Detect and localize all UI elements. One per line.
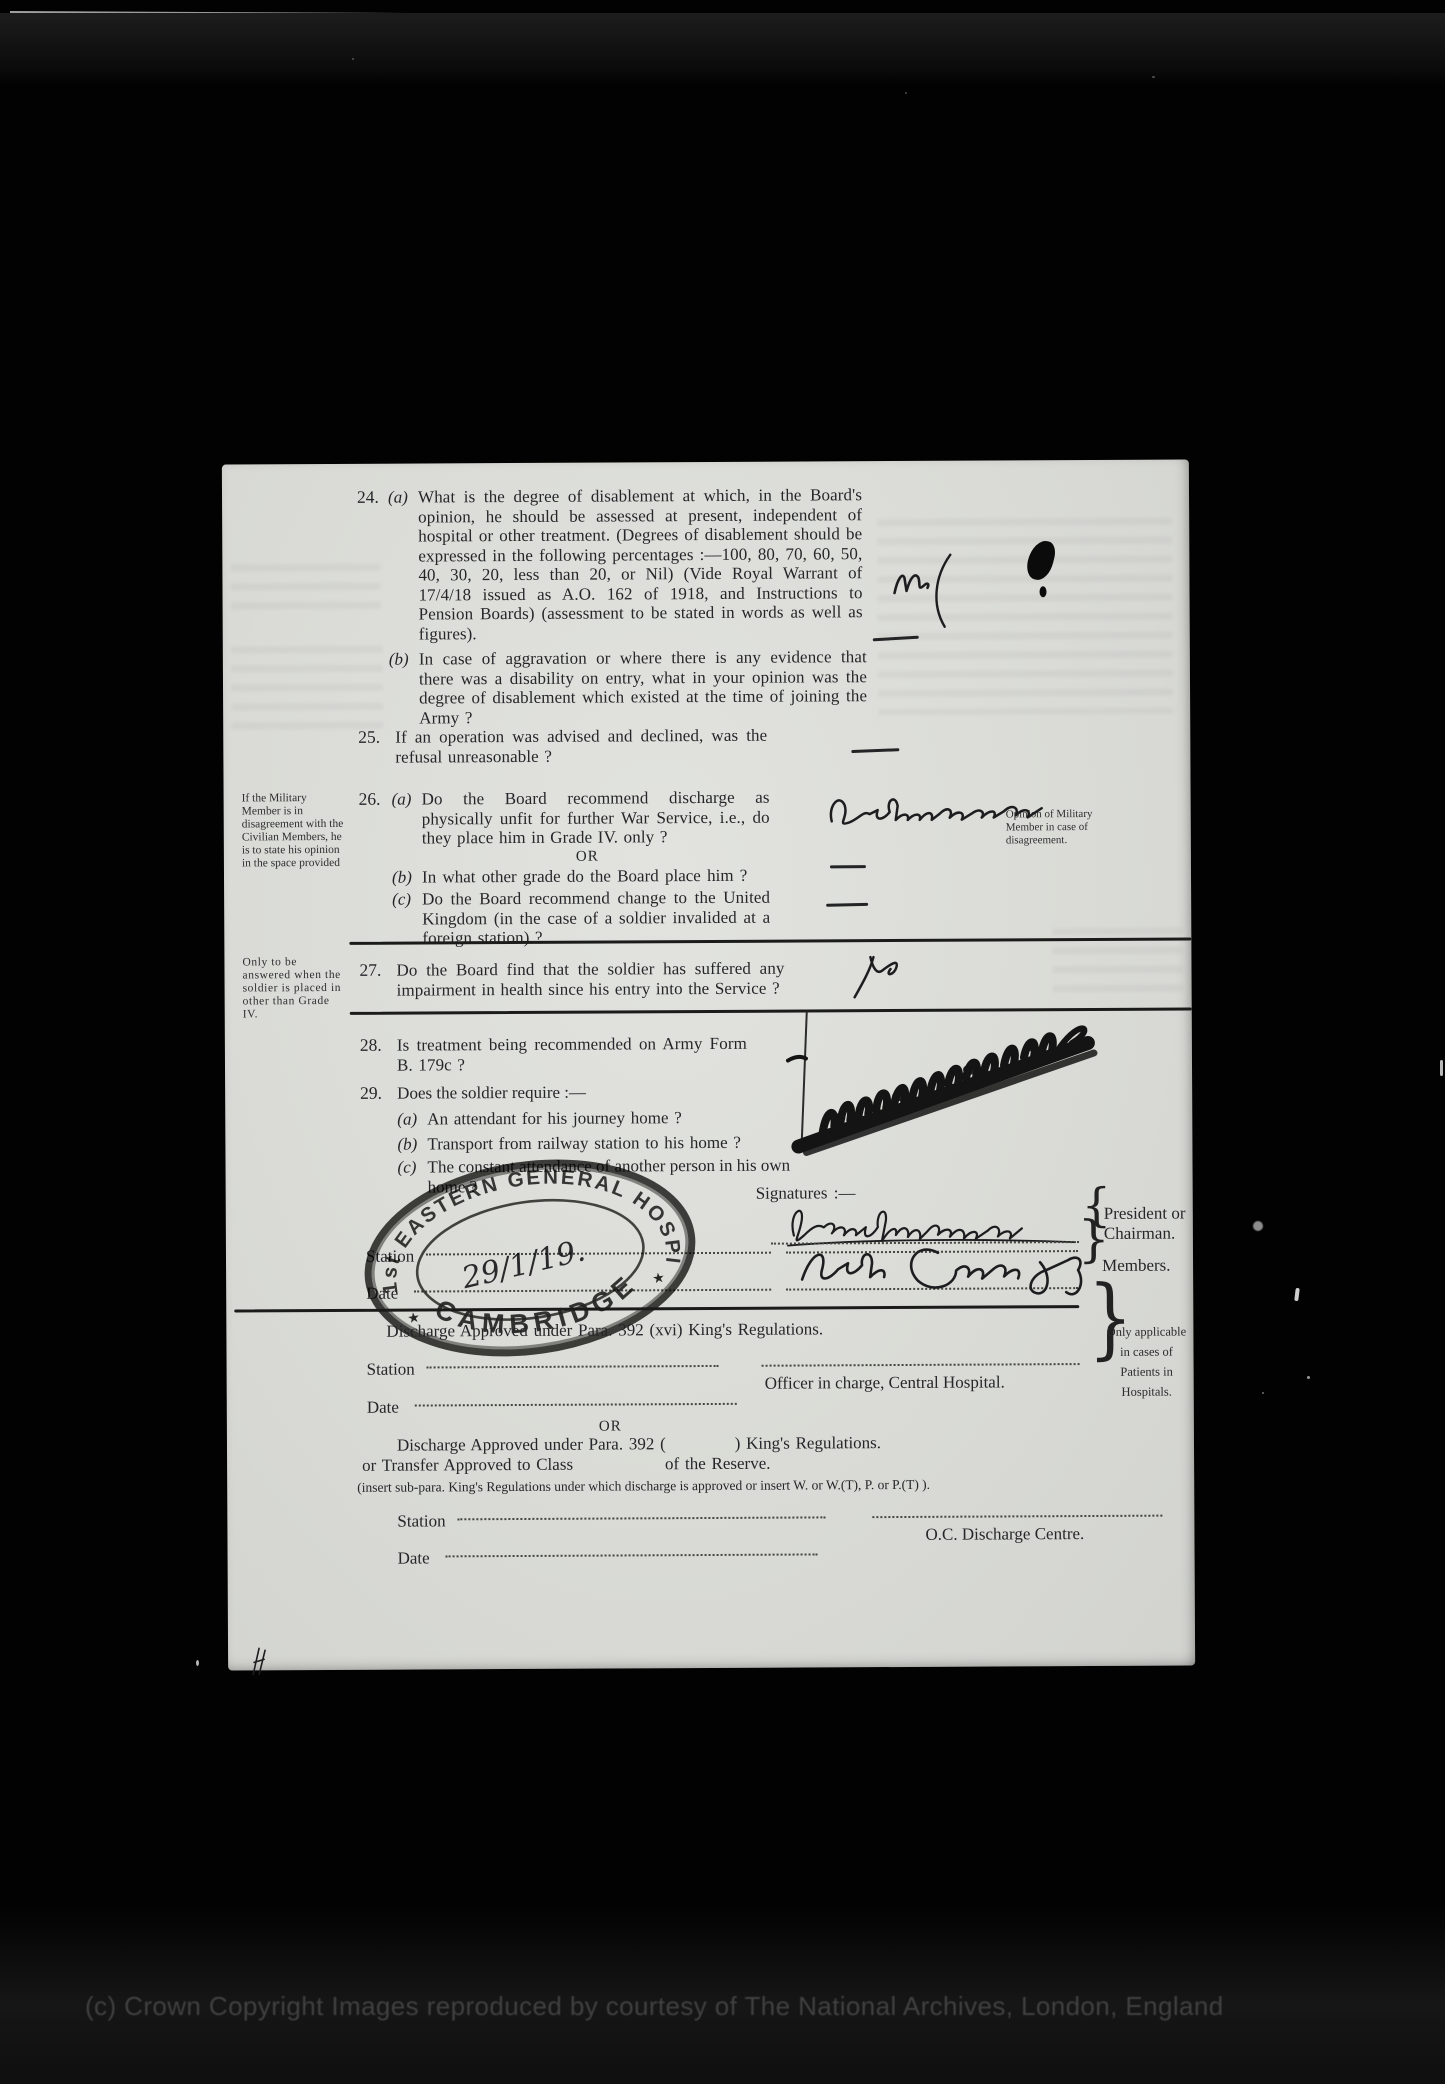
q25-answer-dash — [851, 748, 899, 753]
station-dotted-line-3 — [457, 1501, 825, 1520]
q25-question-text: If an operation was advised and declined… — [395, 726, 767, 767]
q27-margin-note: Only to be answered when the soldier is … — [242, 956, 344, 1022]
copyright-caption: (c) Crown Copyright Images reproduced by… — [85, 1991, 1405, 2022]
film-speck — [1262, 1392, 1264, 1394]
discharge2-line2: or Transfer Approved to Class of the Res… — [362, 1454, 770, 1476]
q26a-label: (a) — [392, 790, 412, 810]
q24a-answer-handwriting-nil — [884, 547, 979, 632]
date-label-3: Date — [398, 1548, 430, 1568]
q24a-question-text: What is the degree of disablement at whi… — [418, 485, 863, 643]
bleedthrough-text — [231, 646, 383, 733]
film-speck — [1152, 76, 1155, 78]
heavy-ink-signature — [780, 995, 1116, 1157]
q29a-label: (a) — [397, 1110, 417, 1130]
officer-dotted-line — [761, 1348, 1079, 1367]
station-label-2: Station — [367, 1360, 415, 1380]
q24-number: 24. — [357, 488, 379, 508]
station-label-3: Station — [397, 1511, 445, 1531]
q28-question-text: Is treatment being recommended on Army F… — [397, 1034, 747, 1075]
officer-in-charge-label: Officer in charge, Central Hospital. — [765, 1372, 1005, 1393]
q27-number: 27. — [359, 961, 381, 981]
q26c-label: (c) — [392, 890, 411, 910]
date-dotted-line-3 — [445, 1538, 817, 1557]
microfilm-scan: 24. (a) What is the degree of disablemen… — [0, 0, 1445, 2084]
q26c-question-text: Do the Board recommend change to the Uni… — [422, 888, 770, 948]
q26a-answer-handwriting — [820, 778, 1060, 839]
film-speck — [196, 1660, 199, 1666]
discharge2-note: (insert sub-para. King's Regulations und… — [357, 1474, 1097, 1497]
q26a-question-text: Do the Board recommend discharge as phys… — [422, 788, 770, 848]
q27-answer-handwriting-yes — [846, 947, 918, 1003]
film-top-band — [0, 13, 1445, 85]
bleedthrough-text — [230, 564, 380, 617]
discharge1-side-note: Only applicable in cases of Patients in … — [1104, 1321, 1188, 1401]
q28-number: 28. — [360, 1036, 382, 1056]
president-label-2: Chairman. — [1104, 1224, 1175, 1244]
film-speck — [1440, 1060, 1443, 1076]
president-label-1: President or — [1104, 1204, 1186, 1224]
q25-number: 25. — [358, 728, 380, 748]
members-brace: } — [1078, 1230, 1110, 1250]
discharge2-line1: Discharge Approved under Para. 392 ( ) K… — [397, 1433, 881, 1455]
q26c-answer-dash — [826, 903, 868, 907]
film-speck — [905, 92, 907, 94]
q24a-label: (a) — [388, 488, 408, 508]
stamp-star-right: ★ — [651, 1271, 666, 1288]
members-signature — [788, 1234, 1098, 1306]
q24b-label: (b) — [389, 650, 409, 670]
film-speck — [1307, 1376, 1310, 1379]
q26b-question-text: In what other grade do the Board place h… — [422, 866, 782, 887]
oc-dotted-line — [872, 1500, 1162, 1519]
film-speck — [1253, 1221, 1263, 1231]
q24b-question-text: In case of aggravation or where there is… — [419, 647, 867, 727]
stamp-date-handwriting: 29/1/19. — [458, 1233, 589, 1296]
date-dotted-line-2 — [415, 1388, 737, 1407]
date-label-2: Date — [367, 1398, 399, 1418]
q26b-answer-dash — [830, 865, 866, 868]
oc-discharge-centre-label: O.C. Discharge Centre. — [925, 1524, 1084, 1544]
film-speck — [1294, 1288, 1300, 1301]
station-dotted-line-2 — [426, 1350, 718, 1369]
q26-or-label: OR — [576, 848, 599, 868]
ink-blot-drip — [1039, 586, 1046, 597]
q26-margin-note: If the Military Member is in disagreemen… — [242, 792, 344, 871]
q26-number: 26. — [359, 790, 381, 810]
film-speck — [352, 58, 354, 60]
army-medical-board-form-page: 24. (a) What is the degree of disablemen… — [222, 459, 1195, 1670]
q29a-text: An attendant for his journey home ? — [427, 1107, 827, 1129]
discharge1-line: Discharge Approved under Para. 392 (xvi)… — [386, 1319, 823, 1341]
q27-question-text: Do the Board find that the soldier has s… — [396, 959, 784, 1000]
q29-intro-text: Does the soldier require :— — [397, 1082, 777, 1103]
q29-number: 29. — [360, 1084, 382, 1104]
q26b-label: (b) — [392, 868, 412, 888]
q29b-label: (b) — [397, 1135, 417, 1155]
corner-pen-marks — [250, 1642, 272, 1676]
